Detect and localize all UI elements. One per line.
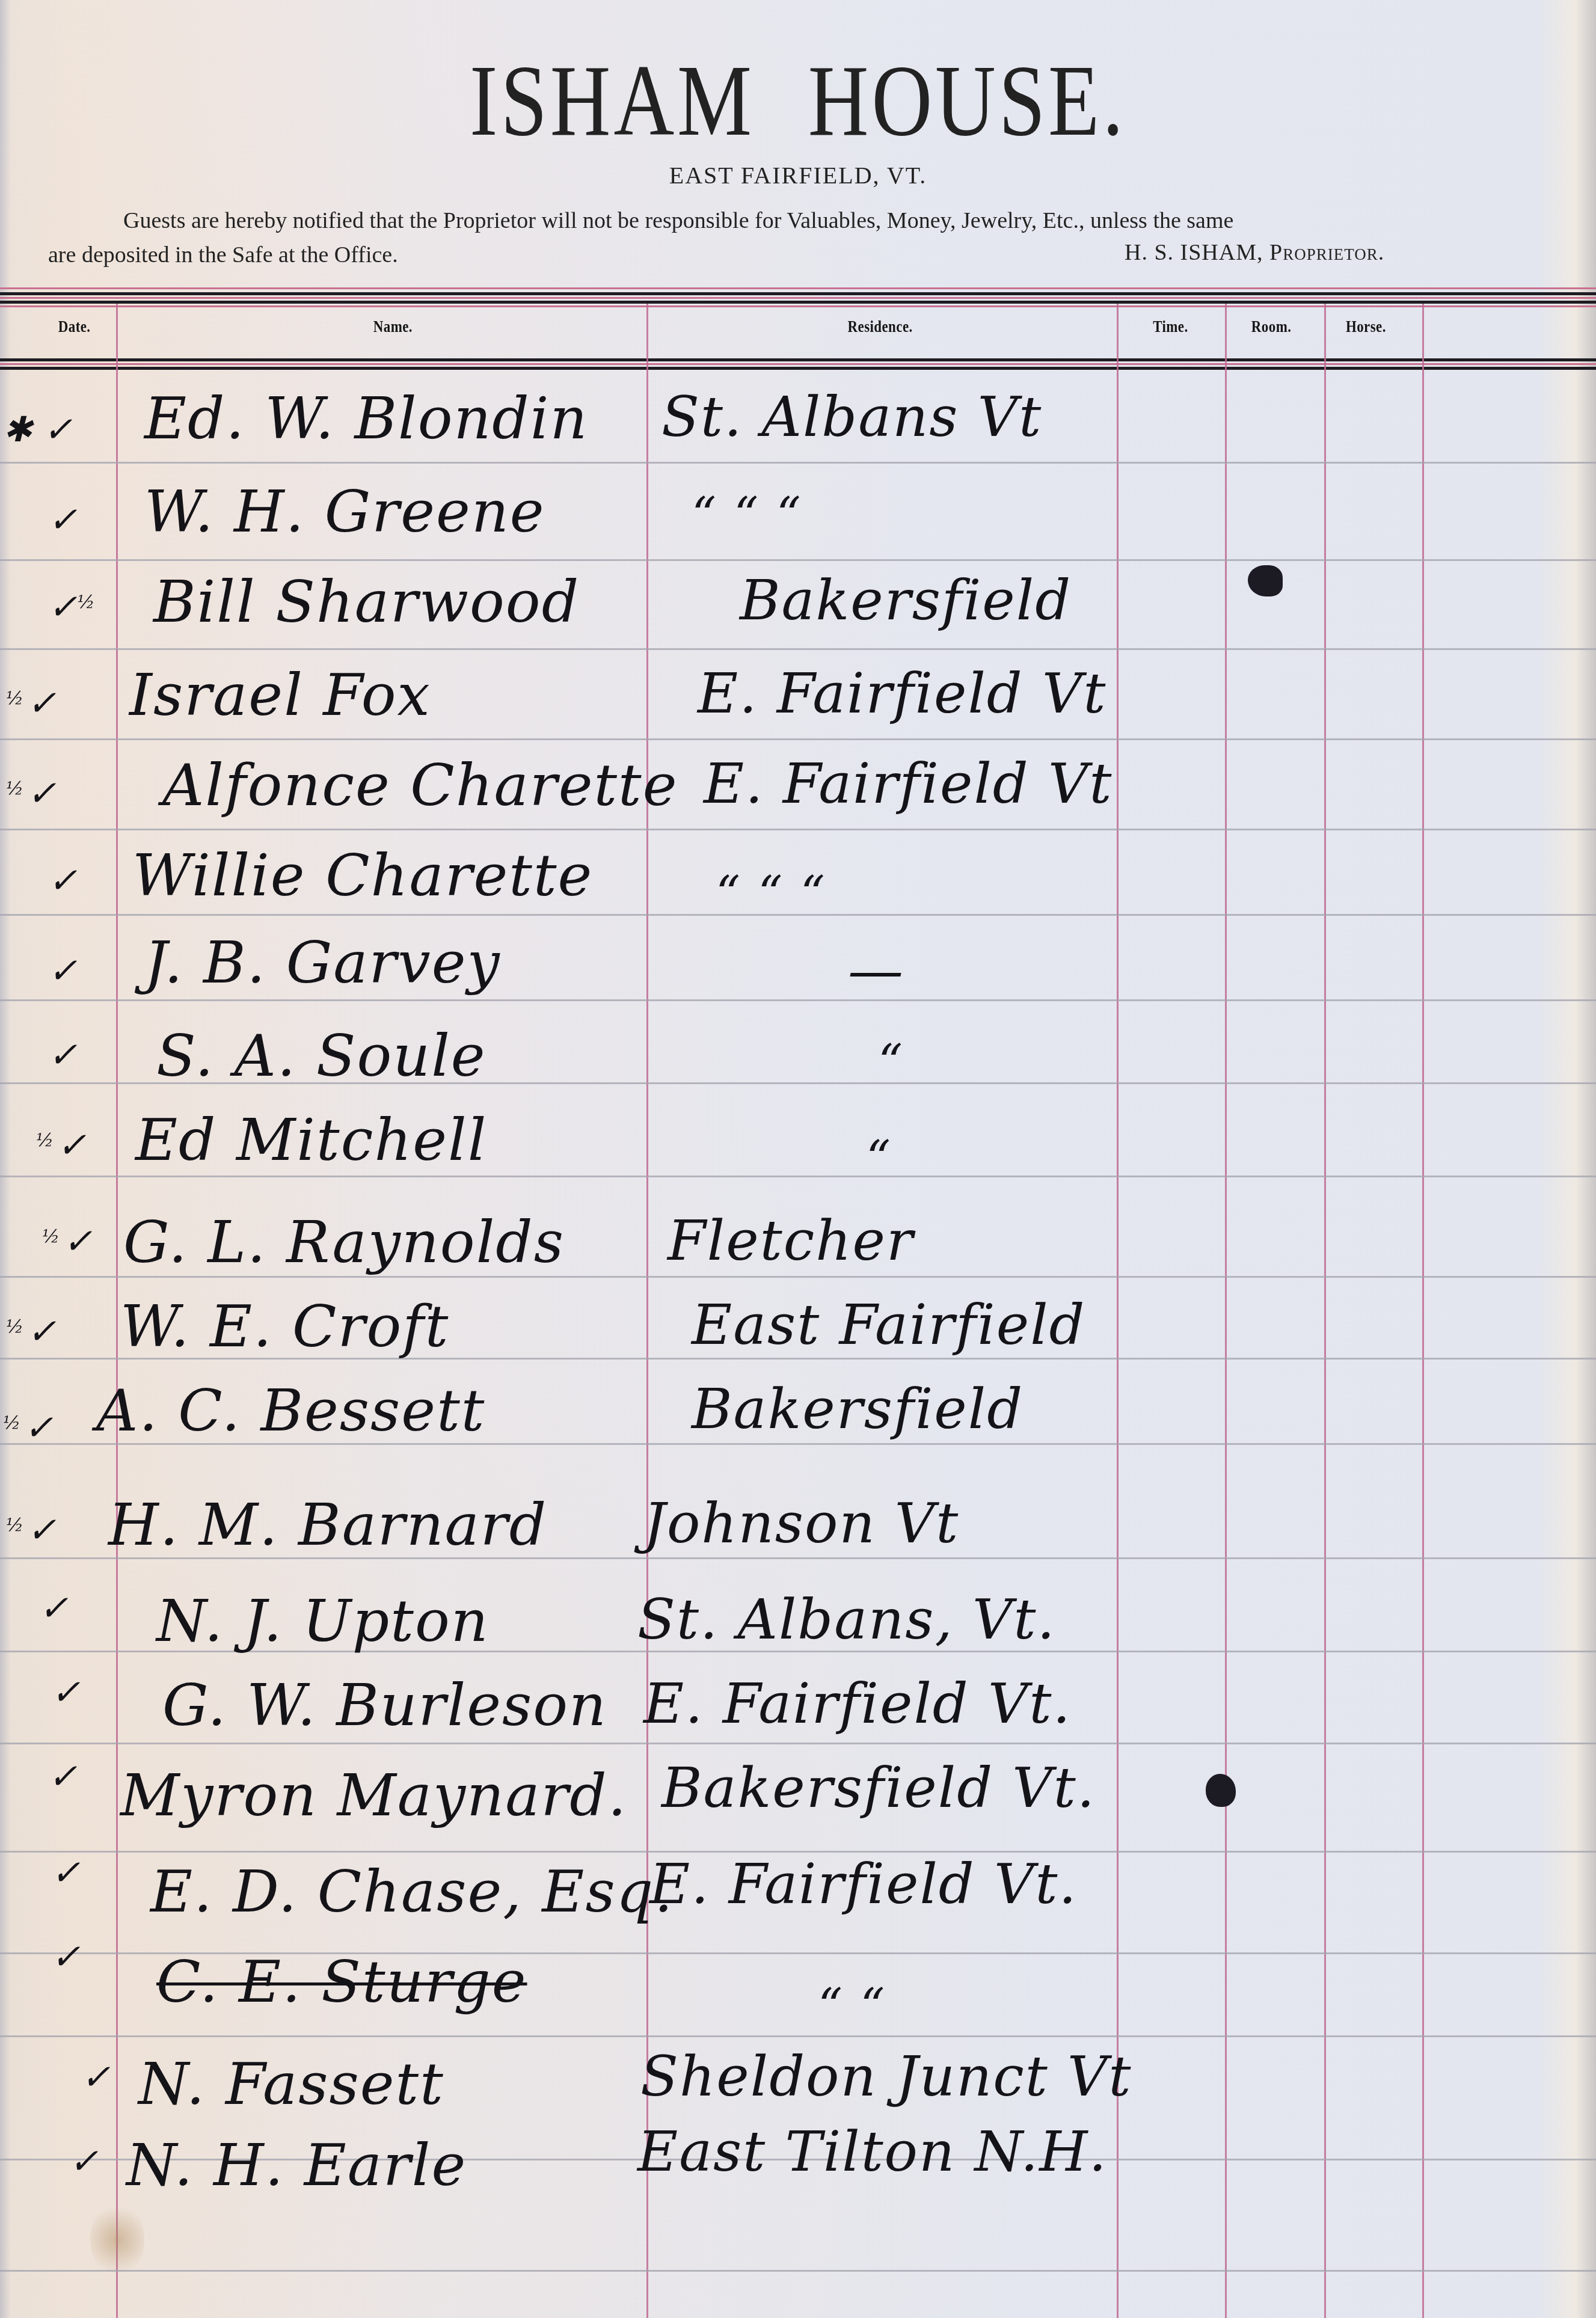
column-divider	[1422, 304, 1424, 2318]
guest-residence: St. Albans, Vt.	[637, 1587, 1056, 1652]
liability-notice-line-1: Guests are hereby notified that the Prop…	[123, 207, 1233, 234]
header-rule	[0, 301, 1596, 304]
page-title: ISHAM HOUSE.	[144, 42, 1452, 159]
guest-name: N. H. Earle	[126, 2132, 467, 2199]
guest-name: Alfonce Charette	[162, 752, 678, 819]
row-rule	[0, 462, 1596, 464]
date-check-mark: ½✓	[6, 682, 57, 723]
header-rule	[0, 292, 1596, 295]
row-rule	[0, 2035, 1596, 2037]
guest-name: N. Fassett	[138, 2050, 444, 2118]
guest-residence: Bakersfield	[740, 568, 1072, 633]
guest-name: Ed. W. Blondin	[144, 385, 588, 452]
date-check-mark: ✓	[51, 1936, 81, 1977]
ink-blot	[1248, 565, 1283, 596]
guest-name: H. M. Barnard	[108, 1491, 547, 1559]
date-check-mark: ½✓	[42, 1221, 93, 1262]
guest-name: J. B. Garvey	[144, 929, 501, 996]
guest-residence: Bakersfield	[692, 1377, 1024, 1441]
column-header-room: Room.	[1251, 317, 1292, 336]
column-divider	[1117, 304, 1119, 2318]
guest-residence: “ “ “	[716, 866, 826, 922]
row-rule	[0, 738, 1596, 740]
guest-residence: E. Fairfield Vt	[704, 752, 1113, 816]
guest-residence: —	[848, 938, 904, 1002]
column-divider	[646, 304, 648, 2318]
guest-residence: E. Fairfield Vt.	[649, 1852, 1078, 1916]
guest-residence: “	[878, 1034, 904, 1090]
guest-name: W. E. Croft	[120, 1293, 449, 1360]
column-header-horse: Horse.	[1346, 317, 1386, 336]
column-header-rule	[0, 358, 1596, 361]
guest-name: Ed Mitchell	[135, 1106, 487, 1174]
guest-name: Myron Maynard.	[120, 1762, 627, 1829]
guest-name: G. L. Raynolds	[123, 1209, 565, 1276]
ink-blot	[1206, 1774, 1236, 1807]
guest-name: E. D. Chase, Esq.	[150, 1858, 674, 1925]
column-header-rule	[0, 363, 1596, 365]
date-check-mark: ½✓	[3, 1407, 54, 1448]
date-check-mark: ½✓	[6, 1311, 57, 1352]
guest-name: S. A. Soule	[156, 1022, 486, 1090]
column-header-time: Time.	[1153, 317, 1188, 336]
column-divider	[1324, 304, 1326, 2318]
guest-name: N. J. Upton	[156, 1587, 490, 1655]
date-check-mark: ✓	[48, 860, 78, 901]
paper-stain	[90, 2201, 144, 2279]
row-rule	[0, 559, 1596, 561]
guest-name: G. W. Burleson	[162, 1672, 607, 1739]
date-check-mark: ½✓	[36, 1124, 87, 1165]
date-check-mark: ✓	[48, 950, 78, 991]
header-rule	[0, 297, 1596, 299]
row-rule	[0, 648, 1596, 650]
liability-notice-line-2: are deposited in the Safe at the Office.	[48, 242, 398, 268]
date-check-mark: ½✓	[6, 1509, 57, 1550]
guest-residence: East Tilton N.H.	[637, 2120, 1108, 2184]
column-header-date: Date.	[58, 317, 91, 336]
proprietor-signature: H. S. ISHAM, Proprietor.	[1125, 239, 1384, 266]
date-check-mark: ✓	[51, 1852, 81, 1893]
column-header-rule	[0, 367, 1596, 370]
date-check-mark: ✓	[48, 1034, 78, 1075]
row-rule	[0, 999, 1596, 1001]
guest-residence: East Fairfield	[692, 1293, 1086, 1357]
guest-residence: “ “ “	[692, 487, 802, 543]
hotel-location: EAST FAIRFIELD, VT.	[0, 161, 1596, 189]
header-rule	[0, 287, 1596, 289]
guest-residence: E. Fairfield Vt	[698, 661, 1106, 726]
guest-residence: Fletcher	[668, 1209, 914, 1273]
guest-name: C. E. Sturge	[156, 1948, 527, 2016]
date-check-mark: ✓	[48, 499, 78, 540]
column-header-name: Name.	[373, 317, 413, 336]
guest-residence: E. Fairfield Vt.	[643, 1672, 1072, 1736]
date-check-mark: ✱ ✓	[3, 409, 73, 450]
column-header-residence: Residence.	[848, 317, 913, 336]
header-rule	[0, 305, 1596, 307]
date-check-mark: ✓	[48, 1756, 78, 1797]
date-check-mark: ½✓	[6, 773, 57, 814]
date-check-mark: ✓	[69, 2141, 99, 2182]
guest-residence: Johnson Vt	[643, 1491, 959, 1556]
row-rule	[0, 2270, 1596, 2272]
guest-name: W. H. Greene	[144, 478, 545, 545]
guest-name: Willie Charette	[132, 842, 593, 909]
row-rule	[0, 829, 1596, 830]
guest-name: Bill Sharwood	[153, 568, 580, 636]
row-rule	[0, 1176, 1596, 1177]
guest-name: A. C. Bessett	[96, 1377, 485, 1444]
column-divider	[1225, 304, 1227, 2318]
guest-residence: “ “	[818, 1978, 886, 2034]
guest-residence: St. Albans Vt	[661, 385, 1042, 449]
date-check-mark: ✓½	[48, 586, 99, 627]
guest-name: Israel Fox	[129, 661, 431, 729]
date-check-mark: ✓	[81, 2056, 111, 2097]
guest-residence: Bakersfield Vt.	[661, 1756, 1096, 1820]
row-rule	[0, 1276, 1596, 1278]
guest-residence: Sheldon Junct Vt	[640, 2044, 1132, 2109]
date-check-mark: ✓	[51, 1672, 81, 1712]
date-check-mark: ✓	[39, 1587, 69, 1628]
row-rule	[0, 1743, 1596, 1744]
guest-residence: “	[866, 1130, 892, 1186]
column-divider	[116, 304, 118, 2318]
